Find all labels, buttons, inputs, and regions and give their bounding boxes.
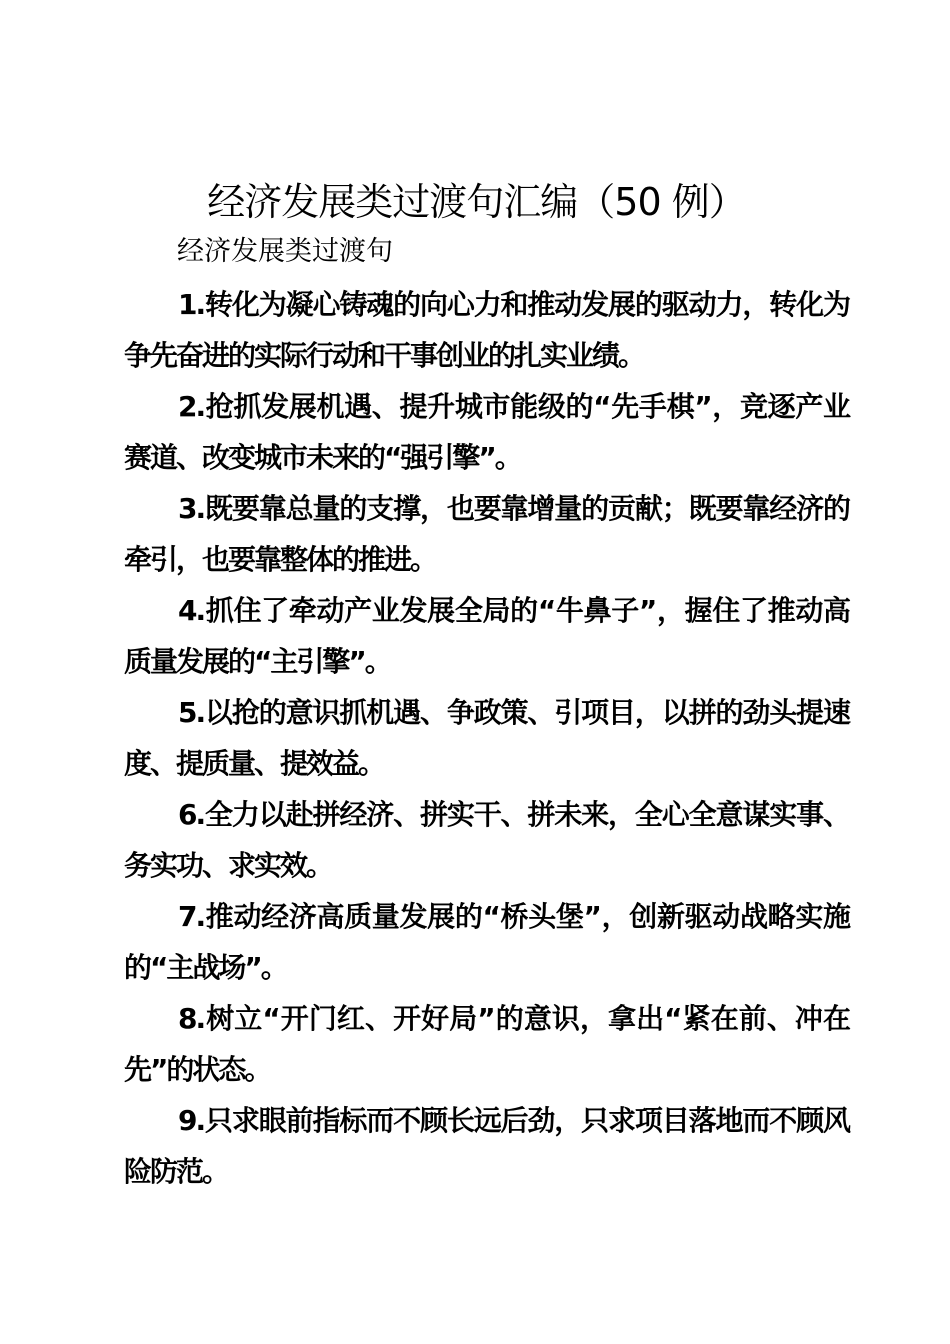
paragraph-line: 务实功、求实效。 — [124, 840, 849, 891]
document-page: 经济发展类过渡句汇编（50 例） 经济发展类过渡句 1.转化为凝心铸魂的向心力和… — [0, 0, 950, 1344]
paragraph-line: 争先奋进的实际行动和干事创业的扎实业绩。 — [124, 330, 849, 381]
paragraph-line: 赛道、改变城市未来的“强引擎”。 — [124, 432, 849, 483]
paragraph-line: 牵引，也要靠整体的推进。 — [124, 534, 849, 585]
paragraph-line: 1.转化为凝心铸魂的向心力和推动发展的驱动力，转化为 — [124, 279, 849, 330]
paragraph-line: 2.抢抓发展机遇、提升城市能级的“先手棋”，竞逐产业 — [124, 381, 849, 432]
paragraph-line: 先”的状态。 — [124, 1044, 849, 1095]
paragraph-line: 度、提质量、提效益。 — [124, 738, 849, 789]
document-body: 1.转化为凝心铸魂的向心力和推动发展的驱动力，转化为 争先奋进的实际行动和干事创… — [124, 279, 849, 1197]
paragraph-line: 4.抓住了牵动产业发展全局的“牛鼻子”，握住了推动高 — [124, 585, 849, 636]
paragraph-line: 7.推动经济高质量发展的“桥头堡”，创新驱动战略实施 — [124, 891, 849, 942]
paragraph-line: 3.既要靠总量的支撑，也要靠增量的贡献；既要靠经济的 — [124, 483, 849, 534]
paragraph-line: 5.以抢的意识抓机遇、争政策、引项目，以拼的劲头提速 — [124, 687, 849, 738]
paragraph-line: 9.只求眼前指标而不顾长远后劲，只求项目落地而不顾风 — [124, 1095, 849, 1146]
paragraph-line: 6.全力以赴拼经济、拼实干、拼未来，全心全意谋实事、 — [124, 789, 849, 840]
paragraph-line: 8.树立“开门红、开好局”的意识，拿出“紧在前、冲在 — [124, 993, 849, 1044]
paragraph-line: 的“主战场”。 — [124, 942, 849, 993]
paragraph-line: 质量发展的“主引擎”。 — [124, 636, 849, 687]
document-title: 经济发展类过渡句汇编（50 例） — [114, 178, 839, 226]
section-heading: 经济发展类过渡句 — [177, 235, 393, 269]
paragraph-line: 险防范。 — [124, 1146, 849, 1197]
